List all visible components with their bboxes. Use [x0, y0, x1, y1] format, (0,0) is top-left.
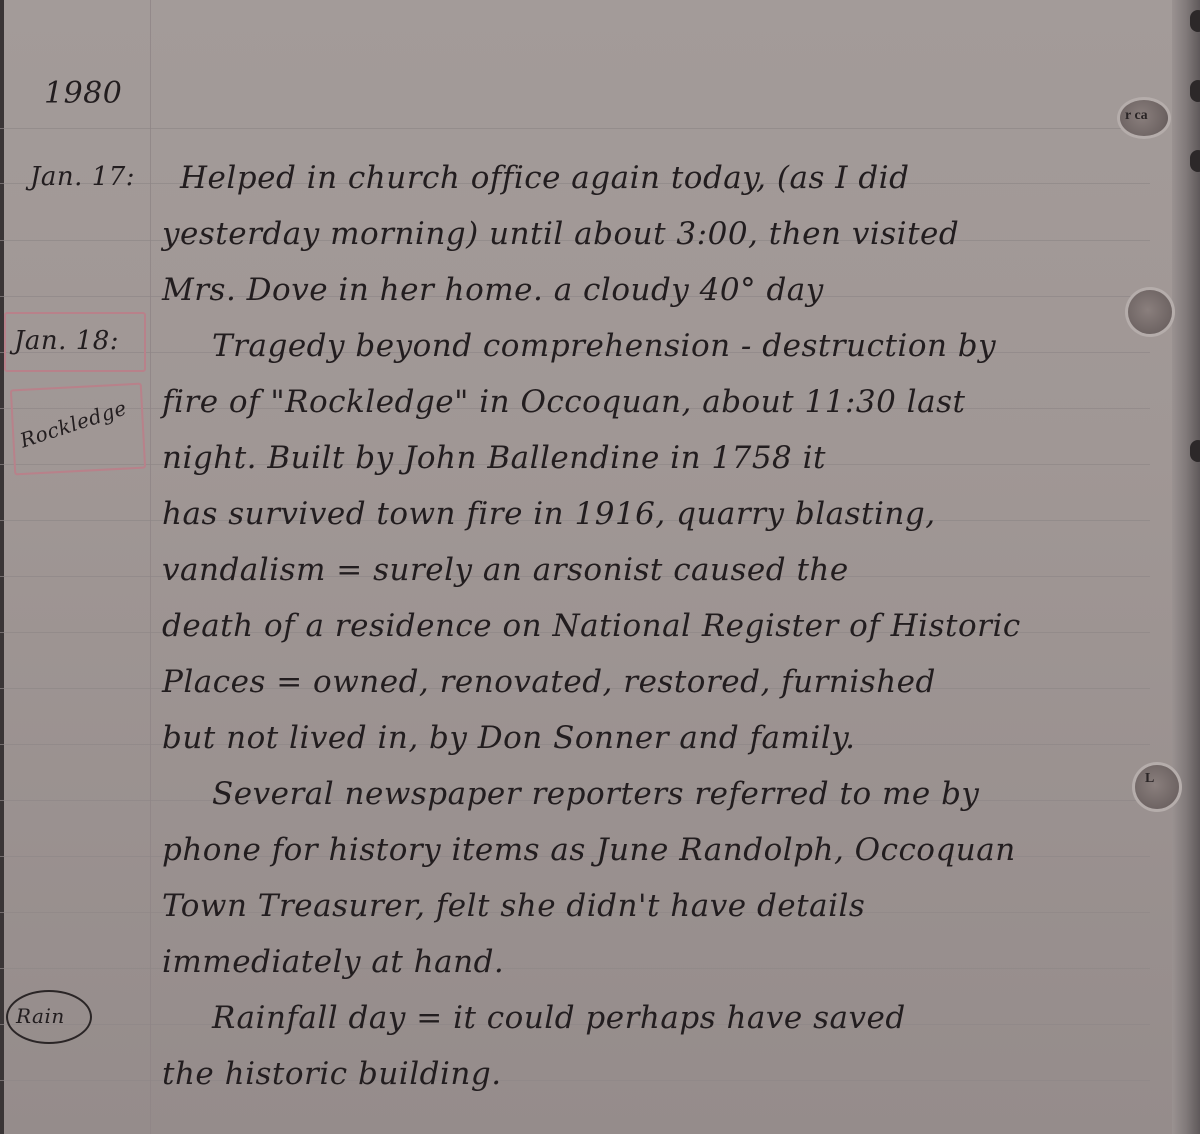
entry-line: vandalism = surely an arsonist caused th… — [162, 552, 849, 588]
entry-line: Helped in church office again today, (as… — [180, 160, 909, 196]
entry-line: yesterday morning) until about 3:00, the… — [162, 216, 959, 252]
entry-line: Mrs. Dove in her home. a cloudy 40° day — [162, 272, 824, 308]
hole-text: L — [1145, 771, 1154, 787]
diary-page: r ca L 1980 Jan. 17: Helped in church of… — [0, 0, 1200, 1134]
spiral-binding — [1172, 0, 1200, 1134]
punch-hole — [1128, 290, 1172, 334]
margin-line — [150, 0, 151, 1134]
year-heading: 1980 — [44, 76, 122, 111]
entry-line: Town Treasurer, felt she didn't have det… — [162, 888, 865, 924]
entry-line: has survived town fire in 1916, quarry b… — [162, 496, 936, 532]
entry-line: but not lived in, by Don Sonner and fami… — [162, 720, 856, 756]
punch-hole: r ca — [1120, 100, 1168, 136]
entry-date: Jan. 17: — [30, 162, 135, 192]
entry-line: Places = owned, renovated, restored, fur… — [162, 664, 936, 700]
entry-line: night. Built by John Ballendine in 1758 … — [162, 440, 826, 476]
entry-line: death of a residence on National Registe… — [162, 608, 1021, 644]
rain-note: Rain — [16, 1004, 65, 1028]
hole-text: r ca — [1125, 108, 1148, 124]
entry-line: Several newspaper reporters referred to … — [212, 776, 979, 812]
entry-line: fire of "Rockledge" in Occoquan, about 1… — [162, 384, 965, 420]
punch-hole: L — [1135, 765, 1179, 809]
entry-line: Tragedy beyond comprehension - destructi… — [212, 328, 996, 364]
entry-date: Jan. 18: — [14, 326, 119, 356]
entry-line: the historic building. — [162, 1056, 502, 1092]
page-edge — [0, 0, 4, 1134]
entry-line: immediately at hand. — [162, 944, 504, 980]
entry-line: Rainfall day = it could perhaps have sav… — [212, 1000, 906, 1036]
entry-line: phone for history items as June Randolph… — [162, 832, 1016, 868]
ruled-line — [0, 128, 1150, 129]
